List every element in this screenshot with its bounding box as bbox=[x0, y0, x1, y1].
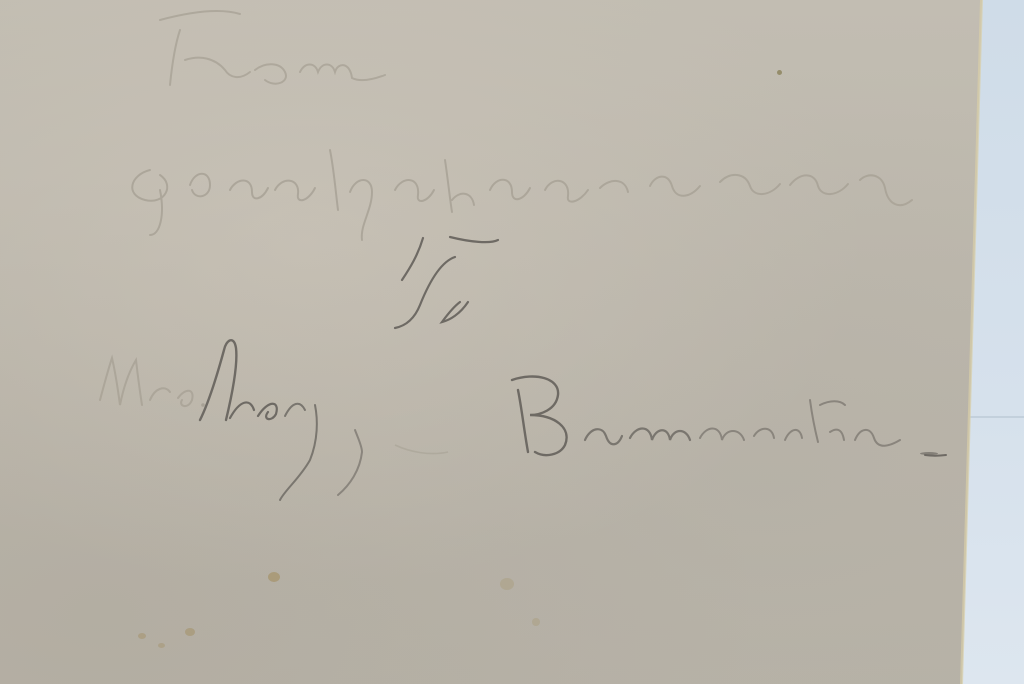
handwriting-line-to bbox=[395, 237, 498, 328]
handwriting-line-sender bbox=[132, 150, 912, 240]
handwriting-layer bbox=[0, 0, 1024, 684]
pencil-mark bbox=[395, 445, 448, 454]
handwriting-line-from bbox=[160, 11, 385, 85]
handwriting-line-recipient bbox=[100, 340, 946, 500]
